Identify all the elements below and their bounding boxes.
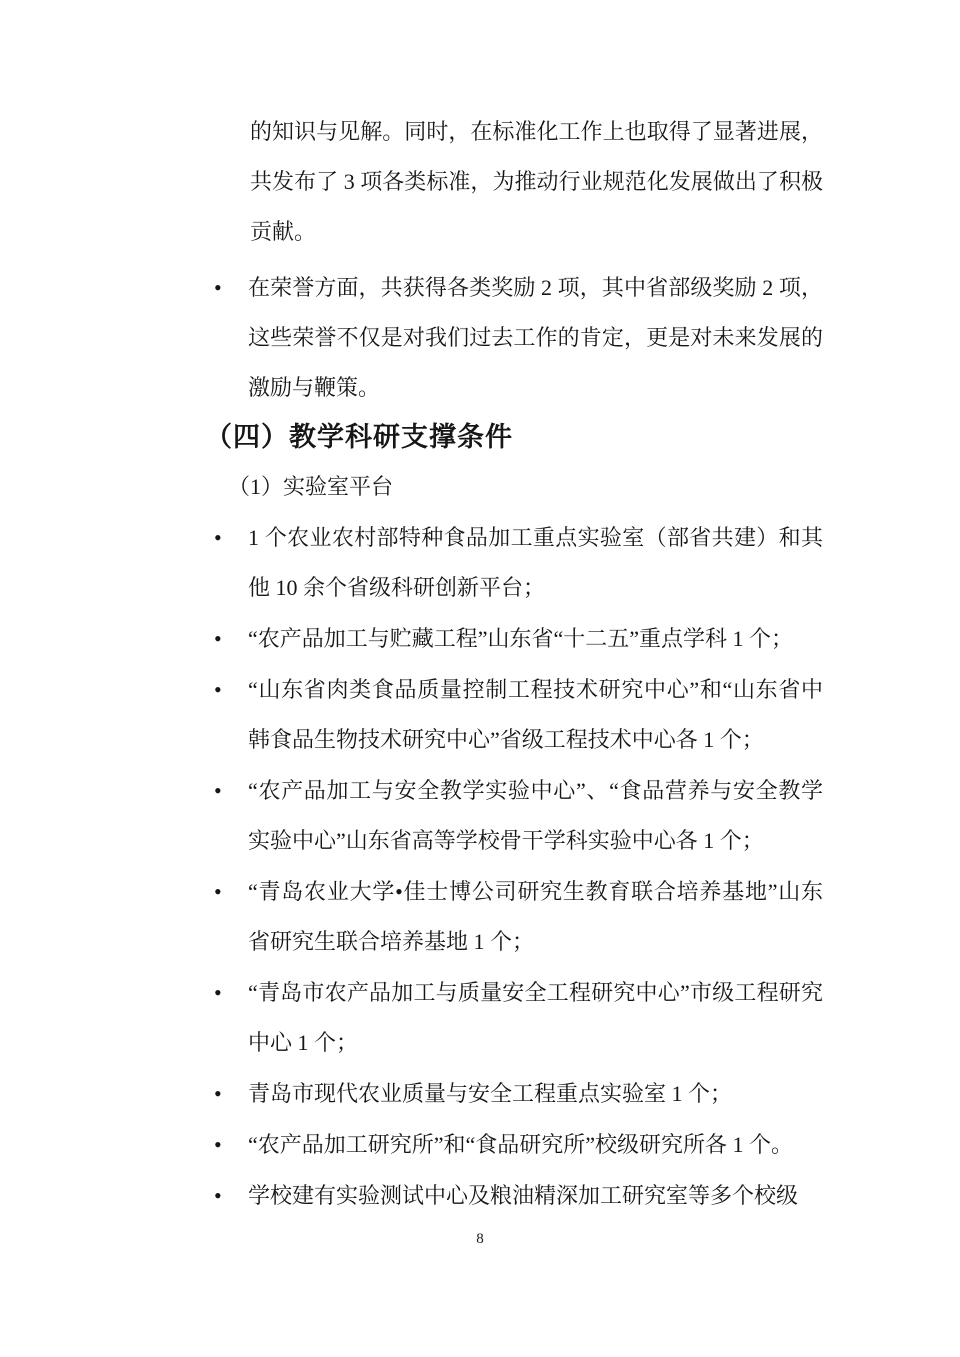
list-item: • “青岛农业大学•佳士博公司研究生教育联合培养基地”山东省研究生联合培养基地 …: [205, 867, 823, 967]
list-item-text: “农产品加工研究所”和“食品研究所”校级研究所各 1 个。: [248, 1132, 793, 1157]
list-item-text: “青岛农业大学•佳士博公司研究生教育联合培养基地”山东省研究生联合培养基地 1 …: [248, 879, 823, 954]
list-item: • “农产品加工与安全教学实验中心”、“食品营养与安全教学实验中心”山东省高等学…: [205, 766, 823, 866]
list-item-text: 青岛市现代农业质量与安全工程重点实验室 1 个；: [248, 1081, 732, 1106]
list-item: • 青岛市现代农业质量与安全工程重点实验室 1 个；: [205, 1069, 823, 1119]
bullet-icon: •: [214, 1120, 222, 1170]
list-item-text: 1 个农业农村部特种食品加工重点实验室（部省共建）和其他 10 余个省级科研创新…: [248, 525, 823, 600]
bullet-icon: •: [214, 263, 222, 313]
list-item-text: 在荣誉方面，共获得各类奖励 2 项，其中省部级奖励 2 项，这些荣誉不仅是对我们…: [248, 275, 823, 400]
list-item: • 学校建有实验测试中心及粮油精深加工研究室等多个校级: [205, 1171, 823, 1221]
list-item-text: “农产品加工与安全教学实验中心”、“食品营养与安全教学实验中心”山东省高等学校骨…: [248, 778, 823, 853]
list-item-text: “农产品加工与贮藏工程”山东省“十二五”重点学科 1 个；: [248, 626, 793, 651]
subsection-heading: （1）实验室平台: [228, 462, 823, 512]
bullet-icon: •: [214, 513, 222, 563]
continuation-paragraph: 的知识与见解。同时，在标准化工作上也取得了显著进展，共发布了 3 项各类标准，为…: [250, 107, 823, 257]
list-item: • 在荣誉方面，共获得各类奖励 2 项，其中省部级奖励 2 项，这些荣誉不仅是对…: [205, 263, 823, 413]
page-number: 8: [0, 1230, 960, 1248]
bullet-icon: •: [214, 766, 222, 816]
list-item: • “青岛市农产品加工与质量安全工程研究中心”市级工程研究中心 1 个；: [205, 968, 823, 1068]
bullet-icon: •: [214, 1069, 222, 1119]
bullet-icon: •: [214, 1171, 222, 1221]
list-item: • “山东省肉类食品质量控制工程技术研究中心”和“山东省中韩食品生物技术研究中心…: [205, 665, 823, 765]
lab-platform-list: • 1 个农业农村部特种食品加工重点实验室（部省共建）和其他 10 余个省级科研…: [205, 513, 823, 1221]
bullet-icon: •: [214, 614, 222, 664]
section-heading: （四）教学科研支撑条件: [205, 413, 823, 462]
list-item: • 1 个农业农村部特种食品加工重点实验室（部省共建）和其他 10 余个省级科研…: [205, 513, 823, 613]
list-item: • “农产品加工与贮藏工程”山东省“十二五”重点学科 1 个；: [205, 614, 823, 664]
list-item-text: “山东省肉类食品质量控制工程技术研究中心”和“山东省中韩食品生物技术研究中心”省…: [248, 677, 823, 752]
list-item-text: “青岛市农产品加工与质量安全工程研究中心”市级工程研究中心 1 个；: [248, 980, 823, 1055]
bullet-icon: •: [214, 665, 222, 715]
list-item: • “农产品加工研究所”和“食品研究所”校级研究所各 1 个。: [205, 1120, 823, 1170]
list-item-text: 学校建有实验测试中心及粮油精深加工研究室等多个校级: [248, 1183, 798, 1208]
document-page-body: 的知识与见解。同时，在标准化工作上也取得了显著进展，共发布了 3 项各类标准，为…: [205, 107, 823, 1221]
bullet-icon: •: [214, 968, 222, 1018]
bullet-icon: •: [214, 867, 222, 917]
